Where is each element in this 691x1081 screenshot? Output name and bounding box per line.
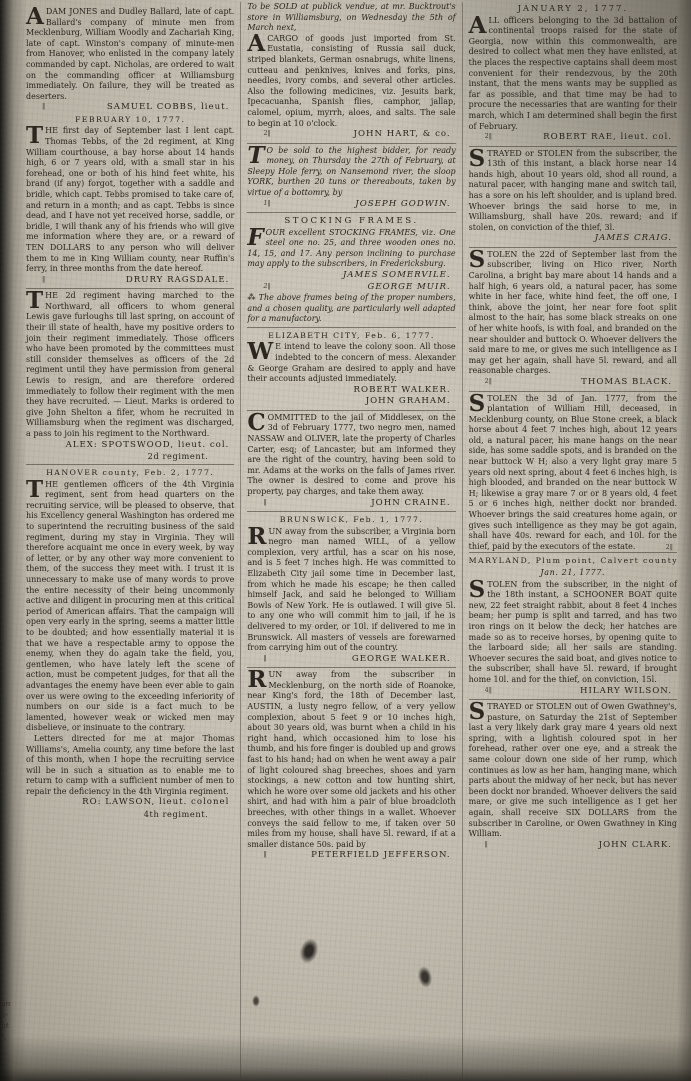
printer-mark: ‖: [263, 653, 266, 665]
article-body: HE first day of September last I lent ca…: [26, 126, 234, 273]
printer-mark: 1‖: [263, 198, 270, 210]
article-4th-virginia-recruiting: HANOVER county, Feb. 2, 1777. THE gentle…: [26, 464, 234, 820]
article-dateline: HANOVER county, Feb. 2, 1777.: [26, 468, 234, 479]
signature: SAMUEL COBBS, lieut.: [107, 102, 229, 112]
signature: GEORGE MUIR.: [367, 282, 450, 292]
column-left: ADAM JONES and Dudley Ballard, late of c…: [20, 2, 240, 1081]
article-body: CARGO of goods just imported from St. Eu…: [247, 34, 455, 128]
article-body: LL officers belonging to the 3d battalio…: [469, 16, 677, 131]
article-body: O be sold to the highest bidder, for rea…: [247, 146, 455, 197]
drop-cap: R: [247, 527, 268, 547]
article-stolen-bay-mare: STOLEN the 22d of September last from th…: [469, 247, 677, 389]
drop-cap: A: [469, 16, 489, 36]
printer-mark: ‖: [485, 839, 488, 851]
article-dateline: BRUNSWICK, Feb. 1, 1777.: [247, 515, 455, 526]
signature-row: ‖PETERFIELD JEFFERSON.: [247, 850, 455, 862]
signature-row: ALEX: SPOTSWOOD, lieut. col.: [26, 440, 234, 452]
article-body: OUR excellent STOCKING FRAMES, viz. One …: [247, 228, 455, 269]
article-strayed-gray-mare: STRAYED or STOLEN out of Owen Gwathney's…: [469, 699, 677, 851]
article-body: HE gentlemen officers of the 4th Virgini…: [26, 480, 234, 733]
signature: JOHN CRAINE.: [371, 498, 450, 508]
article-committed-middlesex-jail: COMMITTED to the jail of Middlesex, on t…: [247, 410, 455, 509]
drop-cap: S: [469, 394, 488, 414]
gutter-fragment: an: [1, 998, 15, 1009]
signature: JOHN CLARK.: [599, 840, 672, 850]
signature: GEORGE WALKER.: [352, 654, 451, 664]
article-stolen-schooner-boat: MARYLAND, Plum point, Calvert county, Ja…: [469, 552, 677, 697]
article-dateline-2: Jan. 21, 1777.: [469, 568, 677, 579]
printer-mark: 2‖: [263, 128, 270, 140]
signature-row-2: JOHN GRAHAM.: [247, 396, 455, 408]
printer-mark: ‖: [263, 497, 266, 509]
article-cargo-sale: To be SOLD at publick vendue, at mr. Buc…: [247, 2, 455, 141]
signature-row: ‖SAMUEL COBBS, lieut.: [26, 102, 234, 114]
frames-footnote: ⁂ The above frames being of the proper n…: [247, 293, 455, 325]
article-minute-men-notice: ADAM JONES and Dudley Ballard, late of c…: [26, 7, 234, 114]
signature: JAMES CRAIG.: [595, 233, 672, 243]
signature-row: 1‖JOSEPH GODWIN.: [247, 199, 455, 211]
article-body: TOLEN from the subscriber, in the night …: [469, 580, 677, 684]
article-body: TOLEN the 22d of September last from the…: [469, 250, 677, 376]
article-body: TRAYED or STOLEN from the subscriber, th…: [469, 149, 677, 232]
gutter-fragment: a-: [1, 1009, 15, 1020]
signature: THOMAS BLACK.: [581, 377, 672, 387]
article-stocking-frames: STOCKING FRAMES. FOUR excellent STOCKING…: [247, 212, 455, 325]
drop-cap: T: [26, 126, 45, 146]
signature-row: ‖JOHN CLARK.: [469, 840, 677, 852]
signature: JOHN GRAHAM.: [366, 396, 451, 406]
column-right: JANUARY 2, 1777. ALL officers belonging …: [462, 2, 683, 1081]
signature-row: 2‖JOHN HART, & co.: [247, 129, 455, 141]
signature: ROBERT WALKER.: [354, 385, 451, 395]
signature-row-2: 2‖GEORGE MUIR.: [247, 282, 455, 294]
signature: ALEX: SPOTSWOOD, lieut. col.: [66, 440, 230, 450]
signature-row: JAMES CRAIG.: [469, 233, 677, 245]
article-body: UN away from the subscriber in Mecklenbu…: [247, 670, 455, 849]
drop-cap: T: [247, 146, 266, 166]
gutter-text-fragments: an a- ut t,: [1, 998, 15, 1042]
article-body: TOLEN the 3d of Jan. 1777, from the plan…: [469, 394, 677, 551]
signature: DRURY RAGSDALE.: [126, 275, 229, 285]
column-middle: To be SOLD at publick vendue, at mr. Buc…: [240, 2, 461, 1081]
printer-mark: 2‖: [666, 543, 673, 551]
signature: JOSEPH GODWIN.: [355, 199, 450, 209]
signature: RO: LAWSON, lieut. colonel: [82, 797, 229, 807]
article-heading: STOCKING FRAMES.: [247, 216, 455, 227]
signature-row: RO: LAWSON, lieut. colonel: [26, 797, 234, 809]
drop-cap: F: [247, 228, 265, 248]
signature-row: JAMES SOMERVILE.: [247, 270, 455, 282]
article-graham-accounts: ELIZABETH CITY, Feb. 6, 1777. WE intend …: [247, 327, 455, 408]
article-strayed-black-horse: STRAYED or STOLEN from the subscriber, t…: [469, 146, 677, 245]
article-georgia-battalion-orders: ALL officers belonging to the 3d battali…: [469, 16, 677, 144]
signature-row: ROBERT WALKER.: [247, 385, 455, 397]
drop-cap: S: [469, 250, 488, 270]
sale-intro: To be SOLD at publick vendue, at mr. Buc…: [247, 2, 455, 34]
signature-row: ‖DRURY RAGSDALE.: [26, 275, 234, 287]
drop-cap: A: [247, 34, 267, 54]
drop-cap: T: [26, 480, 45, 500]
newspaper-page: ADAM JONES and Dudley Ballard, late of c…: [0, 0, 691, 1081]
article-body-paragraph-2: Letters directed for me at major Thomas …: [26, 734, 234, 798]
drop-cap: S: [469, 149, 488, 169]
signature: JAMES SOMERVILE.: [343, 270, 451, 280]
drop-cap: W: [247, 342, 275, 362]
gutter-fragment: ut: [1, 1020, 15, 1031]
article-body: DAM JONES and Dudley Ballard, late of ca…: [26, 7, 234, 101]
drop-cap: T: [26, 291, 45, 311]
article-2d-regiment-orders: THE 2d regiment having marched to the No…: [26, 288, 234, 462]
article-body: HE 2d regiment having marched to the Nor…: [26, 291, 234, 438]
drop-cap: C: [247, 413, 267, 433]
article-dateline: FEBRUARY 10, 1777.: [26, 115, 234, 126]
printer-mark: 4‖: [485, 685, 492, 697]
signature: JOHN HART, & co.: [354, 129, 451, 139]
article-dateline: ELIZABETH CITY, Feb. 6, 1777.: [247, 331, 455, 342]
article-sloop-york-sale: TO be sold to the highest bidder, for re…: [247, 143, 455, 210]
page-date: JANUARY 2, 1777.: [469, 3, 677, 14]
article-lent-horse: FEBRUARY 10, 1777. THE first day of Sept…: [26, 115, 234, 286]
printer-mark: ‖: [42, 101, 45, 113]
signature: ROBERT RAE, lieut. col.: [543, 132, 672, 142]
printer-mark: 2‖: [263, 281, 270, 293]
article-dateline: MARYLAND, Plum point, Calvert county,: [469, 556, 677, 567]
drop-cap: A: [26, 7, 46, 27]
article-body: TRAYED or STOLEN out of Owen Gwathney's,…: [469, 702, 677, 838]
article-body: E intend to leave the colony soon. All t…: [247, 342, 455, 383]
article-runaway-austin: RUN away from the subscriber in Mecklenb…: [247, 667, 455, 862]
gutter-fragment: t,: [1, 1031, 15, 1042]
drop-cap: S: [469, 702, 488, 722]
article-runaway-will: BRUNSWICK, Feb. 1, 1777. RUN away from t…: [247, 511, 455, 665]
drop-cap: R: [247, 670, 268, 690]
newspaper-page-scan: ADAM JONES and Dudley Ballard, late of c…: [0, 0, 691, 1081]
signature-line-2: 4th regiment.: [26, 809, 234, 820]
printer-mark: ‖: [42, 274, 45, 286]
printer-mark-row: 2‖: [469, 544, 677, 550]
signature: HILARY WILSON.: [580, 686, 672, 696]
signature-row: ‖GEORGE WALKER.: [247, 654, 455, 666]
article-body: OMMITTED to the jail of Middlesex, on th…: [247, 413, 455, 496]
printer-mark: ‖: [263, 849, 266, 861]
column-layout: ADAM JONES and Dudley Ballard, late of c…: [20, 2, 683, 1081]
signature-row: ‖JOHN CRAINE.: [247, 498, 455, 510]
printer-mark: 2‖: [485, 376, 492, 388]
signature-row: 2‖ROBERT RAE, lieut. col.: [469, 132, 677, 144]
signature-row: 4‖HILARY WILSON.: [469, 686, 677, 698]
signature: PETERFIELD JEFFERSON.: [311, 850, 451, 860]
signature-row: 2‖THOMAS BLACK.: [469, 377, 677, 389]
article-stolen-hill-estate-horses: STOLEN the 3d of Jan. 1777, from the pla…: [469, 391, 677, 551]
printer-mark: 2‖: [485, 131, 492, 143]
signature-line-2: 2d regiment.: [26, 451, 234, 462]
drop-cap: S: [469, 580, 488, 600]
article-body: UN away from the subscriber, a Virginia …: [247, 527, 455, 653]
